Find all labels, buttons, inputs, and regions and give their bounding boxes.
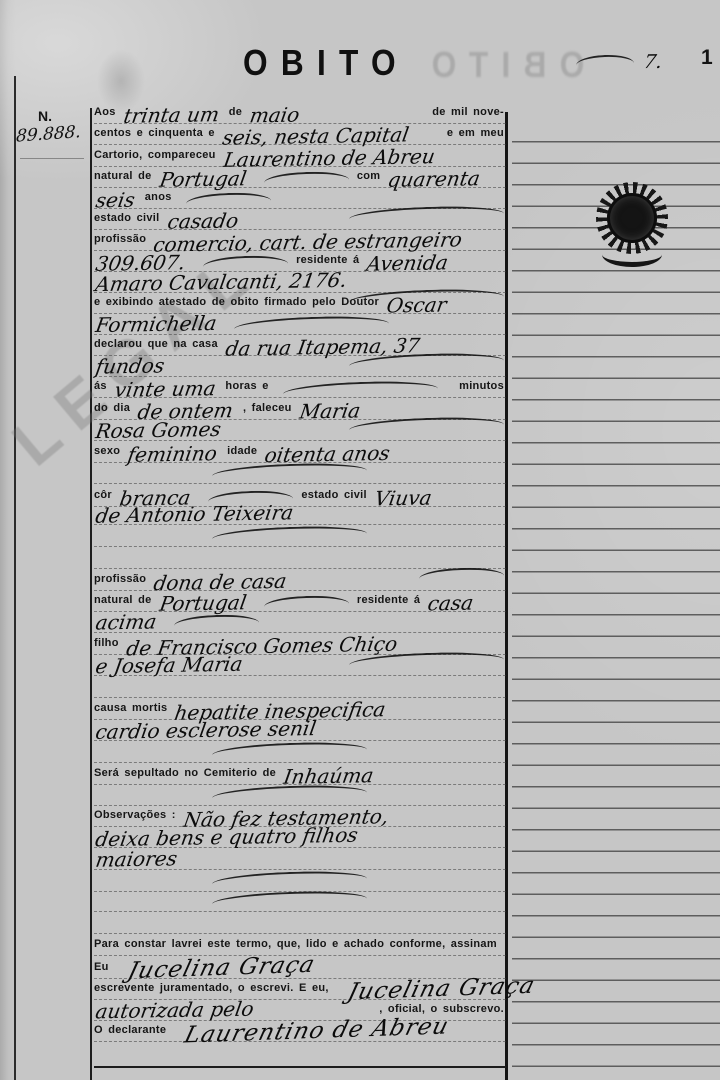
printed-label: do dia bbox=[94, 397, 130, 419]
printed-label: declarou que na casa bbox=[94, 333, 218, 355]
margin-rule bbox=[20, 158, 84, 159]
printed-label: horas e bbox=[225, 375, 268, 397]
ink-flourish bbox=[349, 650, 504, 666]
ink-flourish bbox=[419, 567, 504, 581]
scanned-death-record-page: { "page": { "corner_number": "1" }, "hea… bbox=[0, 0, 720, 1080]
ink-flourish bbox=[212, 890, 367, 906]
form-line: e Josefa Maria bbox=[94, 653, 506, 676]
handwritten-entry: fundos bbox=[94, 355, 166, 376]
ledger-rule-far-left bbox=[14, 76, 16, 1080]
ink-flourish bbox=[576, 54, 634, 67]
printed-label: de bbox=[229, 101, 242, 123]
ink-flourish bbox=[203, 255, 288, 269]
handwritten-entry: deixa bens e quatro filhos bbox=[94, 825, 359, 850]
form-line: de Antonio Teixeira bbox=[94, 502, 506, 525]
printed-label: e exibindo atestado de obito firmado pel… bbox=[94, 291, 379, 313]
printed-label: estado civil bbox=[94, 207, 160, 229]
form-line: O declaranteLaurentino de Abreu bbox=[94, 1019, 506, 1042]
form-line: Cartorio, compareceuLaurentino de Abreu bbox=[94, 144, 506, 167]
page-title: OBITO bbox=[243, 42, 409, 84]
ink-flourish bbox=[212, 870, 367, 886]
form-line: Aostrinta umdemaiode mil nove- bbox=[94, 101, 506, 124]
handwritten-entry: 7. bbox=[642, 52, 663, 72]
form-line: filhode Francisco Gomes Chiço bbox=[94, 632, 506, 655]
ink-flourish bbox=[349, 204, 504, 220]
form-line: Amaro Cavalcanti, 2176. bbox=[94, 270, 506, 293]
seal-ribbon-icon bbox=[602, 242, 662, 267]
printed-label: ás bbox=[94, 375, 107, 397]
handwritten-entry: Rosa Gomes bbox=[94, 419, 222, 441]
ink-flourish bbox=[264, 595, 349, 609]
form-line: acima bbox=[94, 610, 506, 633]
ink-flourish bbox=[174, 614, 259, 628]
handwritten-entry: Formichella bbox=[94, 313, 218, 335]
ink-flourish bbox=[212, 741, 367, 757]
ghost-title-bleedthrough: OBITO bbox=[418, 44, 584, 86]
form-line: profissãocomercio, cart. de estrangeiro bbox=[94, 228, 506, 251]
record-number: 89.888. bbox=[15, 121, 90, 146]
form-line: Rosa Gomes bbox=[94, 418, 506, 441]
form-line bbox=[94, 461, 506, 484]
ruled-lines-right-column bbox=[512, 141, 720, 1080]
form-line: Será sepultado no Cemiterio deInhaúma bbox=[94, 762, 506, 785]
ink-flourish bbox=[185, 192, 270, 206]
handwritten-entry: de Antonio Teixeira bbox=[94, 502, 295, 525]
printed-label: com bbox=[357, 165, 381, 187]
ink-flourish bbox=[212, 525, 367, 541]
printed-label: escrevente juramentado, o escrevi. E eu, bbox=[94, 977, 329, 999]
printed-label: Eu bbox=[94, 956, 109, 978]
form-line: centos e cinquenta eseis, nesta Capitale… bbox=[94, 122, 506, 145]
printed-label: O declarante bbox=[94, 1019, 166, 1041]
printed-label: natural de bbox=[94, 165, 152, 187]
printed-label: causa mortis bbox=[94, 697, 167, 719]
form-line bbox=[94, 675, 506, 698]
printed-label: residente á bbox=[357, 589, 420, 611]
printed-label: Observações : bbox=[94, 804, 176, 826]
form-line bbox=[94, 524, 506, 547]
seal-core-icon bbox=[607, 193, 657, 243]
form-line: deixa bens e quatro filhos bbox=[94, 825, 506, 848]
handwritten-entry: autorizada pelo bbox=[94, 999, 255, 1022]
printed-label: anos bbox=[145, 186, 172, 208]
corner-page-number: 1 bbox=[701, 46, 713, 70]
form-line: maiores bbox=[94, 847, 506, 870]
ink-flourish bbox=[349, 351, 504, 367]
printed-label: de mil nove- bbox=[432, 101, 504, 123]
printed-label: sexo bbox=[94, 440, 120, 462]
form-line: sexofemininoidadeoitenta anos bbox=[94, 440, 506, 463]
form-line: escrevente juramentado, o escrevi. E eu,… bbox=[94, 977, 506, 1000]
form-line: profissãodona de casa bbox=[94, 568, 506, 591]
form-line bbox=[94, 889, 506, 912]
printed-label: centos e cinquenta e bbox=[94, 122, 215, 144]
form-line: cardio esclerose senil bbox=[94, 718, 506, 741]
form-line bbox=[94, 546, 506, 569]
ledger-rule-block-left bbox=[90, 108, 92, 1080]
printed-label: , faleceu bbox=[243, 397, 292, 419]
signature: Laurentino de Abreu bbox=[182, 1016, 451, 1046]
handwritten-entry: cardio esclerose senil bbox=[94, 718, 317, 742]
printed-label: minutos bbox=[459, 375, 504, 397]
form-line: estado civilcasado bbox=[94, 207, 506, 230]
ink-flourish bbox=[283, 380, 438, 396]
ink-flourish bbox=[234, 315, 389, 331]
form-line: seisanos bbox=[94, 186, 506, 209]
form-line bbox=[94, 911, 506, 934]
ink-flourish bbox=[212, 462, 367, 478]
printed-label: Será sepultado no Cemiterio de bbox=[94, 762, 276, 784]
form-line: natural dePortugalcomquarenta bbox=[94, 165, 506, 188]
form-line: ásvinte umahoras eminutos bbox=[94, 375, 506, 398]
form-line bbox=[94, 1044, 506, 1068]
form-line: Formichella bbox=[94, 312, 506, 335]
printed-label: Aos bbox=[94, 101, 116, 123]
top-right-annotation: 7. bbox=[568, 50, 672, 70]
printed-label: profissão bbox=[94, 228, 146, 250]
form-line: e exibindo atestado de obito firmado pel… bbox=[94, 291, 506, 314]
printed-label: e em meu bbox=[447, 122, 504, 144]
ink-flourish bbox=[264, 171, 349, 185]
handwritten-entry: maiores bbox=[94, 848, 178, 869]
coat-of-arms-seal-stamp bbox=[596, 182, 668, 270]
form-line: do diade ontem, faleceuMaria bbox=[94, 397, 506, 420]
handwritten-entry: acima bbox=[94, 611, 158, 632]
printed-label: filho bbox=[94, 632, 119, 654]
printed-label: Cartorio, compareceu bbox=[94, 144, 216, 166]
ink-flourish bbox=[349, 415, 504, 431]
form-line bbox=[94, 783, 506, 806]
form-line bbox=[94, 740, 506, 763]
form-line: declarou que na casada rua Itapema, 37 bbox=[94, 333, 506, 356]
printed-label: idade bbox=[227, 440, 257, 462]
form-line: fundos bbox=[94, 354, 506, 377]
printed-label: profissão bbox=[94, 568, 146, 590]
record-number-label: N. bbox=[38, 108, 52, 124]
handwritten-entry: e Josefa Maria bbox=[94, 654, 244, 677]
ink-flourish bbox=[212, 784, 367, 800]
printed-label: natural de bbox=[94, 589, 152, 611]
